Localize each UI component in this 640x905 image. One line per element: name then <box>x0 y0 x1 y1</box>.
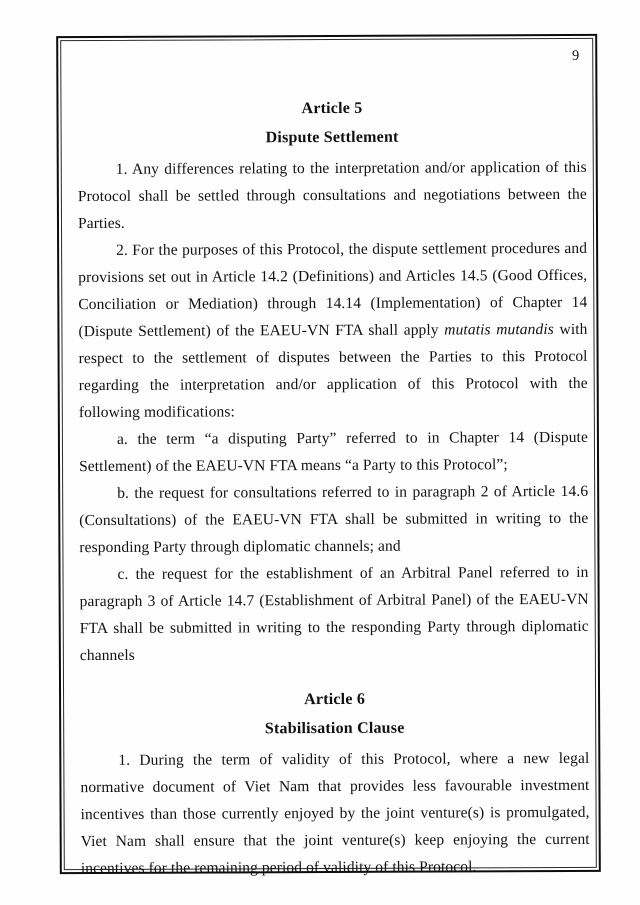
article-6-paragraph-1: 1. During the term of validity of this P… <box>80 745 590 882</box>
article-6-title: Article 6 <box>80 689 589 711</box>
article-5-subparagraph-c: c. the request for the establishment of … <box>79 559 588 669</box>
article-6-section: Article 6 Stabilisation Clause 1. During… <box>80 689 590 882</box>
scanned-document-page: 9 Article 5 Dispute Settlement 1. Any di… <box>0 0 640 905</box>
article-5-section: Article 5 Dispute Settlement 1. Any diff… <box>77 98 588 669</box>
article-5-paragraph-1: 1. Any differences relating to the inter… <box>78 154 587 237</box>
article-5-title: Article 5 <box>77 98 586 120</box>
article-5-subparagraph-a: a. the term “a disputing Party” referred… <box>79 424 588 480</box>
article-5-subtitle: Dispute Settlement <box>78 127 587 149</box>
article-5-paragraph-2: 2. For the purposes of this Protocol, th… <box>78 235 588 426</box>
page-border-frame: 9 Article 5 Dispute Settlement 1. Any di… <box>56 34 601 874</box>
article-6-subtitle: Stabilisation Clause <box>80 718 589 740</box>
article-5-subparagraph-b: b. the request for consultations referre… <box>79 478 588 561</box>
article-5-paragraph-2-latin-phrase: mutatis mutandis <box>444 321 554 338</box>
document-content: Article 5 Dispute Settlement 1. Any diff… <box>58 36 599 882</box>
